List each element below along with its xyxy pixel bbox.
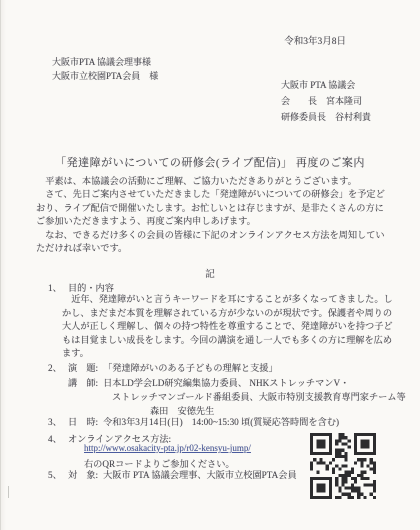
item-number: 4、	[48, 431, 68, 445]
item-number: 5、	[48, 467, 68, 481]
list-item-2-lecturer: 講 師:日本LD学会LD研究編集協力委員、 NHKストレッチマンV・	[48, 375, 349, 389]
access-url-link[interactable]: http://www.osakacity-pta.jp/r02-kensyu-j…	[84, 443, 251, 453]
item-label: 目的・内容	[68, 283, 114, 293]
sender-chairman: 会 長 宮本隆司	[281, 93, 371, 109]
audience-text: 大阪市 PTA 協議会理事、大阪市立校園PTA会員	[103, 470, 297, 480]
paragraph: なお、できるだけ多くの会員の皆様に下記のオンラインアクセス方法を周知していただけ…	[36, 229, 393, 256]
list-item-5-audience: 5、対 象:大阪市 PTA 協議会理事、大阪市立校園PTA会員	[48, 467, 297, 481]
scanned-letter-page: 令和3年3月8日 大阪市PTA 協議会理事様 大阪市立校園PTA会員 様 大阪市…	[0, 0, 420, 530]
lecturer-label: 講 師:	[68, 378, 98, 388]
scan-artifact-mark	[8, 486, 9, 498]
record-mark: 記	[0, 266, 420, 280]
item-number: 2、	[48, 360, 68, 374]
item-1-text: 近年、発達障がいと言うキーワードを耳にすることが多くなってきました。しかし、まだ…	[62, 293, 393, 361]
list-item-1-purpose: 1、目的・内容	[48, 280, 114, 294]
paragraph: 平素は、本協議会の活動にご理解、ご協力いただきありがとうございます。	[36, 175, 393, 188]
item-1-body: 近年、発達障がいと言うキーワードを耳にすることが多くなってきました。しかし、まだ…	[62, 293, 393, 361]
item-number: 1、	[48, 280, 68, 294]
lecturer-text: 日本LD学会LD研究編集協力委員、 NHKストレッチマンV・	[103, 378, 349, 388]
greeting-paragraphs: 平素は、本協議会の活動にご理解、ご協力いただきありがとうございます。 さて、先日…	[36, 175, 393, 255]
document-title: 「発達障がいについての研修会(ライブ配信)」 再度のご案内	[0, 154, 420, 170]
document-date: 令和3年3月8日	[284, 33, 346, 47]
topic-label: 演 題:	[68, 363, 98, 373]
list-item-2-topic: 2、演 題:「発達障がいのある子どもの理解と支援」	[48, 360, 278, 374]
datetime-label: 日 時:	[68, 417, 98, 427]
lecturer-text-continued: ストレッチマンゴールド番組委員、大阪市特別支援教育専門家チーム等	[112, 389, 406, 403]
sender-training-chair: 研修委員長 谷村利貴	[281, 109, 371, 125]
sender-block: 大阪市 PTA 協議会 会 長 宮本隆司 研修委員長 谷村利貴	[281, 77, 371, 125]
item-number: 3、	[48, 414, 68, 428]
addressee-block: 大阪市PTA 協議会理事様 大阪市立校園PTA会員 様	[52, 55, 158, 83]
audience-label: 対 象:	[68, 470, 98, 480]
topic-text: 「発達障がいのある子どもの理解と支援」	[103, 363, 278, 373]
sender-org: 大阪市 PTA 協議会	[281, 77, 371, 93]
access-url-line: http://www.osakacity-pta.jp/r02-kensyu-j…	[84, 443, 251, 453]
datetime-text: 令和3年3月14日(日) 14:00~15:30 頃(質疑応答時間を含む)	[103, 417, 339, 427]
addressee-line: 大阪市PTA 協議会理事様	[52, 55, 158, 69]
paragraph: さて、先日ご案内させていただきました「発達障がいについての研修会」を予定どおり、…	[36, 188, 393, 228]
addressee-line: 大阪市立校園PTA会員 様	[52, 69, 158, 83]
qr-code-icon	[310, 433, 376, 499]
list-item-3-datetime: 3、日 時:令和3年3月14日(日) 14:00~15:30 頃(質疑応答時間を…	[48, 414, 339, 428]
